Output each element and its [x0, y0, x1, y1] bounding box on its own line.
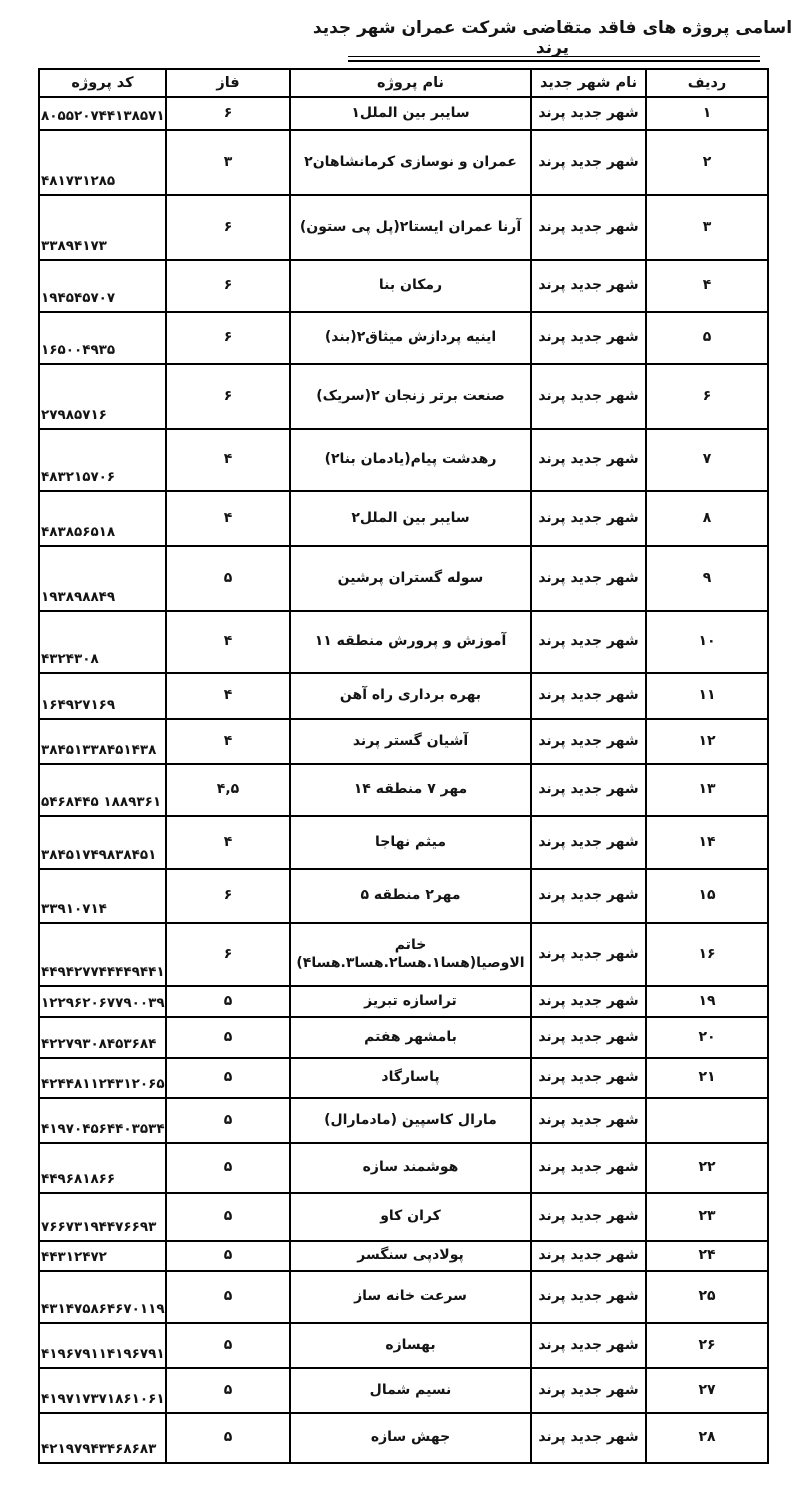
cell-phase: ۴: [166, 429, 290, 491]
cell-city-name: شهر جدید پرند: [531, 1098, 646, 1143]
cell-row-number: ۳: [646, 195, 768, 260]
cell-city-name: شهر جدید پرند: [531, 1368, 646, 1413]
cell-phase: ۵: [166, 1271, 290, 1323]
cell-row-number: ۲۲: [646, 1143, 768, 1193]
cell-project-name: آرنا عمران ایستا۲(پل پی ستون): [290, 195, 531, 260]
cell-row-number: ۴: [646, 260, 768, 312]
table-row: ۱۱شهر جدید پرندبهره برداری راه آهن۴۱۶۴۹۲…: [39, 673, 768, 719]
cell-row-number: ۸: [646, 491, 768, 546]
cell-city-name: شهر جدید پرند: [531, 364, 646, 429]
cell-phase: ۵: [166, 1193, 290, 1241]
cell-phase: ۴: [166, 491, 290, 546]
cell-row-number: ۲۷: [646, 1368, 768, 1413]
cell-phase: ۵: [166, 1323, 290, 1368]
table-row: ۴شهر جدید پرندرمکان بنا۶۱۹۴۵۴۵۷۰۷: [39, 260, 768, 312]
cell-phase: ۶: [166, 312, 290, 364]
table-row: ۲۵شهر جدید پرندسرعت خانه ساز۵۴۳۱۴۷۵۸۶۴۶۷…: [39, 1271, 768, 1323]
cell-project-code: ۲۷۹۸۵۷۱۶: [39, 364, 166, 429]
table-row: ۷شهر جدید پرندرهدشت پیام(یادمان بنا۲)۴۴۸…: [39, 429, 768, 491]
table-row: ۲۲شهر جدید پرندهوشمند سازه۵۴۴۹۶۸۱۸۶۶: [39, 1143, 768, 1193]
cell-project-name: مهر۲ منطقه ۵: [290, 869, 531, 923]
cell-project-code: ۴۴۳۱۲۴۷۲: [39, 1241, 166, 1271]
cell-project-code: ۱۲۲۹۶۲۰۶۷۷۹۰۰۳۹: [39, 986, 166, 1017]
cell-row-number: ۱۹: [646, 986, 768, 1017]
cell-project-name: سایبر بین الملل۱: [290, 97, 531, 130]
header-city-name: نام شهر جدید: [531, 69, 646, 97]
cell-project-name: مهر ۷ منطقه ۱۴: [290, 764, 531, 816]
cell-project-code: ۴۱۹۷۰۴۵۶۴۴۰۳۵۳۴: [39, 1098, 166, 1143]
cell-project-code: ۴۸۳۸۵۶۵۱۸: [39, 491, 166, 546]
table-row: ۱۳شهر جدید پرندمهر ۷ منطقه ۱۴۴,۵۵۴۶۸۴۴۵ …: [39, 764, 768, 816]
table-row: ۲۰شهر جدید پرندبامشهر هفتم۵۴۲۲۷۹۳۰۸۴۵۳۶۸…: [39, 1017, 768, 1058]
cell-project-code: ۴۳۲۴۳۰۸: [39, 611, 166, 673]
cell-project-code: ۳۳۹۱۰۷۱۴: [39, 869, 166, 923]
cell-project-name: سرعت خانه ساز: [290, 1271, 531, 1323]
cell-city-name: شهر جدید پرند: [531, 986, 646, 1017]
table-row: ۲شهر جدید پرندعمران و نوسازی کرمانشاهان۲…: [39, 130, 768, 195]
cell-phase: ۴: [166, 719, 290, 764]
cell-project-name: نسیم شمال: [290, 1368, 531, 1413]
cell-project-code: ۴۲۲۷۹۳۰۸۴۵۳۶۸۴: [39, 1017, 166, 1058]
table-row: ۱۶شهر جدید پرندخاتم الاوصیا(هسا۱.هسا۲.هس…: [39, 923, 768, 986]
cell-project-code: ۴۸۱۷۳۱۲۸۵: [39, 130, 166, 195]
header-project-code: کد پروژه: [39, 69, 166, 97]
cell-row-number: ۷: [646, 429, 768, 491]
cell-phase: ۵: [166, 1017, 290, 1058]
cell-project-name: جهش سازه: [290, 1413, 531, 1463]
cell-project-name: مارال کاسپین (مادمارال): [290, 1098, 531, 1143]
cell-project-code: ۴۴۹۶۸۱۸۶۶: [39, 1143, 166, 1193]
cell-project-name: خاتم الاوصیا(هسا۱.هسا۲.هسا۳.هسا۴): [290, 923, 531, 986]
cell-project-name: سوله گستران پرشین: [290, 546, 531, 611]
cell-project-code: ۳۳۸۹۴۱۷۳: [39, 195, 166, 260]
cell-phase: ۶: [166, 869, 290, 923]
table-row: شهر جدید پرندمارال کاسپین (مادمارال)۵۴۱۹…: [39, 1098, 768, 1143]
cell-row-number: ۹: [646, 546, 768, 611]
cell-project-code: ۸۰۵۵۲۰۷۴۴۱۳۸۵۷۱: [39, 97, 166, 130]
cell-city-name: شهر جدید پرند: [531, 1143, 646, 1193]
cell-city-name: شهر جدید پرند: [531, 491, 646, 546]
cell-row-number: ۲۴: [646, 1241, 768, 1271]
table-row: ۸شهر جدید پرندسایبر بین الملل۲۴۴۸۳۸۵۶۵۱۸: [39, 491, 768, 546]
cell-project-code: ۷۶۶۷۳۱۹۴۴۷۶۶۹۳: [39, 1193, 166, 1241]
cell-project-code: ۴۲۴۴۸۱۱۲۴۳۱۲۰۶۵: [39, 1058, 166, 1098]
cell-phase: ۵: [166, 986, 290, 1017]
cell-row-number: ۲۸: [646, 1413, 768, 1463]
cell-project-name: سایبر بین الملل۲: [290, 491, 531, 546]
cell-phase: ۵: [166, 1098, 290, 1143]
table-row: ۲۶شهر جدید پرندبهسازه۵۴۱۹۶۷۹۱۱۴۱۹۶۷۹۱۱: [39, 1323, 768, 1368]
cell-city-name: شهر جدید پرند: [531, 869, 646, 923]
projects-table: ردیف نام شهر جدید نام پروژه فاز کد پروژه…: [38, 68, 769, 1464]
cell-city-name: شهر جدید پرند: [531, 611, 646, 673]
cell-city-name: شهر جدید پرند: [531, 130, 646, 195]
cell-city-name: شهر جدید پرند: [531, 260, 646, 312]
table-row: ۱۰شهر جدید پرندآموزش و پرورش منطقه ۱۱۴۴۳…: [39, 611, 768, 673]
cell-row-number: ۱۶: [646, 923, 768, 986]
cell-row-number: ۱۰: [646, 611, 768, 673]
cell-city-name: شهر جدید پرند: [531, 719, 646, 764]
page-title: اسامی پروژه های فاقد متقاضی شرکت عمران ش…: [300, 18, 805, 58]
cell-phase: ۶: [166, 260, 290, 312]
header-phase: فاز: [166, 69, 290, 97]
cell-project-code: ۴۱۹۷۱۷۳۷۱۸۶۱۰۶۱۱: [39, 1368, 166, 1413]
cell-project-code: ۴۳۱۴۷۵۸۶۴۶۷۰۱۱۹: [39, 1271, 166, 1323]
cell-city-name: شهر جدید پرند: [531, 816, 646, 869]
cell-project-name: کران کاو: [290, 1193, 531, 1241]
cell-project-code: ۴۸۳۲۱۵۷۰۶: [39, 429, 166, 491]
cell-city-name: شهر جدید پرند: [531, 673, 646, 719]
table-row: ۶شهر جدید پرندصنعت برتر زنجان ۲(سریک)۶۲۷…: [39, 364, 768, 429]
table-row: ۳شهر جدید پرندآرنا عمران ایستا۲(پل پی ست…: [39, 195, 768, 260]
cell-project-code: ۱۹۴۵۴۵۷۰۷: [39, 260, 166, 312]
cell-row-number: ۶: [646, 364, 768, 429]
cell-project-code: ۱۶۵۰۰۴۹۳۵: [39, 312, 166, 364]
cell-phase: ۶: [166, 923, 290, 986]
cell-project-code: ۳۸۴۵۱۳۳۸۴۵۱۴۳۸: [39, 719, 166, 764]
cell-row-number: ۲۶: [646, 1323, 768, 1368]
cell-city-name: شهر جدید پرند: [531, 1058, 646, 1098]
cell-row-number: ۱۳: [646, 764, 768, 816]
cell-city-name: شهر جدید پرند: [531, 97, 646, 130]
cell-project-name: تراسازه تبریز: [290, 986, 531, 1017]
cell-city-name: شهر جدید پرند: [531, 1323, 646, 1368]
cell-project-code: ۳۸۴۵۱۷۴۹۸۳۸۴۵۱: [39, 816, 166, 869]
cell-row-number: ۱۵: [646, 869, 768, 923]
cell-project-name: رمکان بنا: [290, 260, 531, 312]
cell-project-name: رهدشت پیام(یادمان بنا۲): [290, 429, 531, 491]
cell-project-name: پولادپی سنگسر: [290, 1241, 531, 1271]
cell-city-name: شهر جدید پرند: [531, 1241, 646, 1271]
cell-phase: ۵: [166, 1413, 290, 1463]
cell-project-name: بهره برداری راه آهن: [290, 673, 531, 719]
cell-city-name: شهر جدید پرند: [531, 923, 646, 986]
cell-project-name: پاسارگاد: [290, 1058, 531, 1098]
cell-project-code: ۴۴۹۴۲۷۷۴۴۴۴۹۴۴۱: [39, 923, 166, 986]
table-row: ۲۱شهر جدید پرندپاسارگاد۵۴۲۴۴۸۱۱۲۴۳۱۲۰۶۵: [39, 1058, 768, 1098]
cell-city-name: شهر جدید پرند: [531, 195, 646, 260]
cell-project-name: صنعت برتر زنجان ۲(سریک): [290, 364, 531, 429]
cell-city-name: شهر جدید پرند: [531, 429, 646, 491]
cell-project-name: عمران و نوسازی کرمانشاهان۲: [290, 130, 531, 195]
table-row: ۲۸شهر جدید پرندجهش سازه۵۴۲۱۹۷۹۴۳۴۶۸۶۸۳: [39, 1413, 768, 1463]
cell-row-number: ۲۱: [646, 1058, 768, 1098]
cell-project-code: ۴۲۱۹۷۹۴۳۴۶۸۶۸۳: [39, 1413, 166, 1463]
cell-phase: ۴: [166, 611, 290, 673]
table-row: ۵شهر جدید پرنداینیه پردازش میثاق۲(بند)۶۱…: [39, 312, 768, 364]
table-row: ۲۴شهر جدید پرندپولادپی سنگسر۵۴۴۳۱۲۴۷۲: [39, 1241, 768, 1271]
cell-phase: ۵: [166, 546, 290, 611]
cell-phase: ۵: [166, 1058, 290, 1098]
cell-row-number: ۲۵: [646, 1271, 768, 1323]
cell-row-number: ۱۲: [646, 719, 768, 764]
cell-project-name: میثم نهاجا: [290, 816, 531, 869]
cell-city-name: شهر جدید پرند: [531, 1271, 646, 1323]
cell-row-number: ۵: [646, 312, 768, 364]
cell-phase: ۴,۵: [166, 764, 290, 816]
cell-city-name: شهر جدید پرند: [531, 1193, 646, 1241]
cell-project-code: ۱۹۳۸۹۸۸۴۹: [39, 546, 166, 611]
cell-phase: ۵: [166, 1143, 290, 1193]
cell-phase: ۴: [166, 816, 290, 869]
cell-project-name: بامشهر هفتم: [290, 1017, 531, 1058]
cell-project-code: ۵۴۶۸۴۴۵ ۱۸۸۹۳۶۱: [39, 764, 166, 816]
header-row: ردیف نام شهر جدید نام پروژه فاز کد پروژه: [39, 69, 768, 97]
cell-row-number: ۲۳: [646, 1193, 768, 1241]
table-row: ۲۷شهر جدید پرندنسیم شمال۵۴۱۹۷۱۷۳۷۱۸۶۱۰۶۱…: [39, 1368, 768, 1413]
table-row: ۱۹شهر جدید پرندتراسازه تبریز۵۱۲۲۹۶۲۰۶۷۷۹…: [39, 986, 768, 1017]
cell-city-name: شهر جدید پرند: [531, 312, 646, 364]
cell-city-name: شهر جدید پرند: [531, 1413, 646, 1463]
cell-phase: ۵: [166, 1368, 290, 1413]
cell-row-number: ۲۰: [646, 1017, 768, 1058]
header-row-number: ردیف: [646, 69, 768, 97]
table-row: ۱شهر جدید پرندسایبر بین الملل۱۶۸۰۵۵۲۰۷۴۴…: [39, 97, 768, 130]
cell-row-number: ۱۴: [646, 816, 768, 869]
cell-project-name: بهسازه: [290, 1323, 531, 1368]
cell-phase: ۶: [166, 364, 290, 429]
title-divider-line: [348, 56, 760, 62]
table-row: ۱۲شهر جدید پرندآشیان گستر پرند۴۳۸۴۵۱۳۳۸۴…: [39, 719, 768, 764]
cell-city-name: شهر جدید پرند: [531, 546, 646, 611]
cell-project-name: آموزش و پرورش منطقه ۱۱: [290, 611, 531, 673]
cell-city-name: شهر جدید پرند: [531, 1017, 646, 1058]
header-project-name: نام پروژه: [290, 69, 531, 97]
cell-phase: ۶: [166, 195, 290, 260]
cell-row-number: ۱: [646, 97, 768, 130]
cell-row-number: ۲: [646, 130, 768, 195]
table-row: ۹شهر جدید پرندسوله گستران پرشین۵۱۹۳۸۹۸۸۴…: [39, 546, 768, 611]
cell-phase: ۴: [166, 673, 290, 719]
cell-project-code: ۱۶۴۹۲۷۱۶۹: [39, 673, 166, 719]
table-row: ۱۴شهر جدید پرندمیثم نهاجا۴۳۸۴۵۱۷۴۹۸۳۸۴۵۱: [39, 816, 768, 869]
cell-project-name: هوشمند سازه: [290, 1143, 531, 1193]
cell-row-number: ۱۱: [646, 673, 768, 719]
cell-city-name: شهر جدید پرند: [531, 764, 646, 816]
cell-phase: ۶: [166, 97, 290, 130]
table-row: ۲۳شهر جدید پرندکران کاو۵۷۶۶۷۳۱۹۴۴۷۶۶۹۳: [39, 1193, 768, 1241]
cell-phase: ۳: [166, 130, 290, 195]
cell-project-name: اینیه پردازش میثاق۲(بند): [290, 312, 531, 364]
cell-row-number: [646, 1098, 768, 1143]
table-row: ۱۵شهر جدید پرندمهر۲ منطقه ۵۶۳۳۹۱۰۷۱۴: [39, 869, 768, 923]
cell-phase: ۵: [166, 1241, 290, 1271]
cell-project-code: ۴۱۹۶۷۹۱۱۴۱۹۶۷۹۱۱: [39, 1323, 166, 1368]
cell-project-name: آشیان گستر پرند: [290, 719, 531, 764]
